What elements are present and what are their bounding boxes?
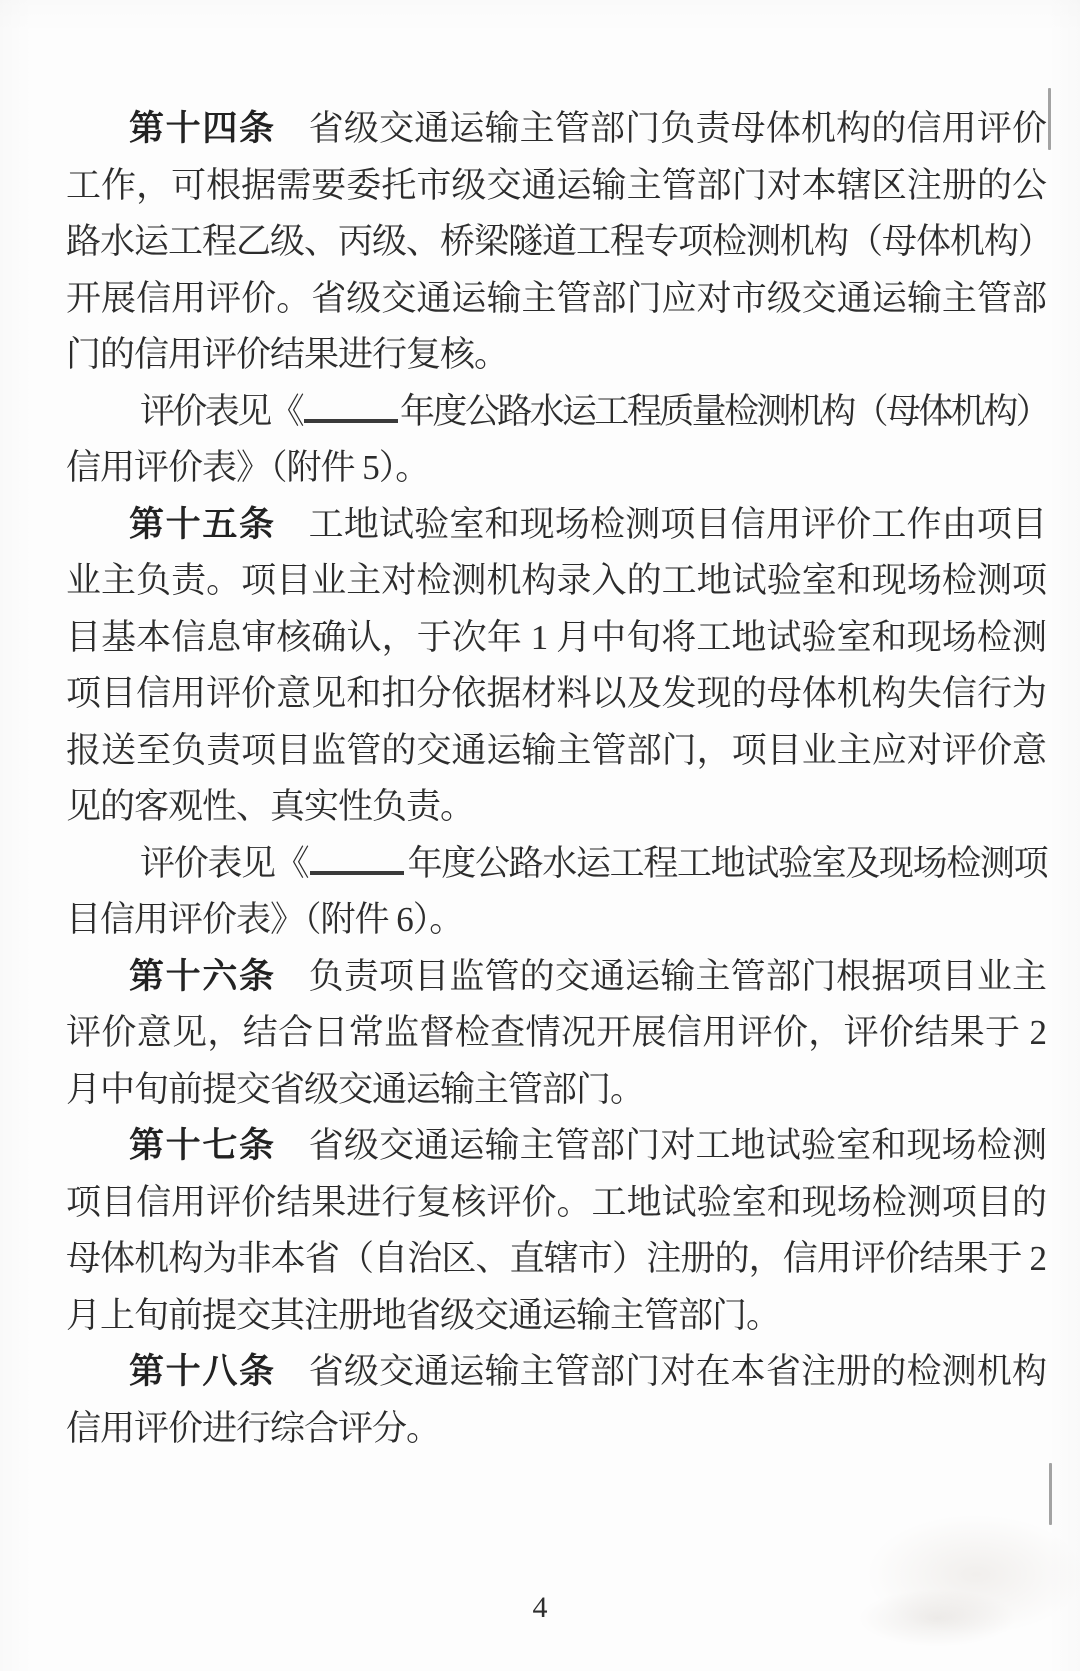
text-run: 月上旬前提交其注册地省级交通运输主管部门。 [66,1296,780,1335]
revision-mark-bottom [1049,1463,1052,1525]
text-line: 母体机构为非本省（自治区、直辖市）注册的，信用评价结果于 2 [66,1231,1046,1288]
page-number: 4 [0,1591,1080,1625]
text-line: 目信用评价表》（附件 6）。 [66,892,1046,949]
article-number: 第十四条 [129,109,276,148]
text-run: 月中旬前提交省级交通运输主管部门。 [66,1070,644,1109]
text-line: 评价表见《年度公路水运工程质量检测机构（母体机构） [66,384,1046,441]
text-line: 目基本信息审核确认，于次年 1 月中旬将工地试验室和现场检测 [66,610,1046,667]
text-line: 第十八条省级交通运输主管部门对在本省注册的检测机构 [66,1344,1046,1401]
article-number: 第十五条 [129,505,276,544]
text-run: 报送至负责项目监管的交通运输主管部门，项目业主应对评价意 [66,731,1046,770]
article-number: 第十七条 [129,1126,276,1165]
text-line: 月上旬前提交其注册地省级交通运输主管部门。 [66,1288,1046,1345]
text-line: 工作，可根据需要委托市级交通运输主管部门对本辖区注册的公 [66,158,1046,215]
text-line: 门的信用评价结果进行复核。 [66,327,1046,384]
text-line: 信用评价进行综合评分。 [66,1401,1046,1458]
revision-mark-top [1048,88,1051,150]
text-line: 评价意见，结合日常监督检查情况开展信用评价，评价结果于 2 [66,1005,1046,1062]
text-line: 第十四条省级交通运输主管部门负责母体机构的信用评价 [66,101,1046,158]
text-run: 项目信用评价意见和扣分依据材料以及发现的母体机构失信行为 [66,674,1046,713]
text-line: 业主负责。项目业主对检测机构录入的工地试验室和现场检测项 [66,553,1046,610]
text-line: 第十五条工地试验室和现场检测项目信用评价工作由项目 [66,497,1046,554]
text-run: 目信用评价表》（附件 6）。 [66,900,463,939]
text-line: 报送至负责项目监管的交通运输主管部门，项目业主应对评价意 [66,723,1046,780]
text-run: 省级交通运输主管部门负责母体机构的信用评价 [309,109,1046,148]
text-run: 工作，可根据需要委托市级交通运输主管部门对本辖区注册的公 [66,166,1046,205]
text-run: 省级交通运输主管部门对在本省注册的检测机构 [309,1352,1046,1391]
text-run: 项目信用评价结果进行复核评价。工地试验室和现场检测项目的 [66,1183,1046,1222]
document-body: 第十四条省级交通运输主管部门负责母体机构的信用评价工作，可根据需要委托市级交通运… [66,101,1046,1457]
text-run: 评价表见《 [140,392,302,431]
text-line: 路水运工程乙级、丙级、桥梁隧道工程专项检测机构（母体机构） [66,214,1046,271]
scan-smudge [820,1470,1080,1660]
text-line: 月中旬前提交省级交通运输主管部门。 [66,1062,1046,1119]
text-line: 见的客观性、真实性负责。 [66,779,1046,836]
text-line: 第十六条负责项目监管的交通运输主管部门根据项目业主 [66,949,1046,1006]
text-run: 见的客观性、真实性负责。 [66,787,474,826]
text-run: 评价表见《 [140,844,308,883]
text-run: 路水运工程乙级、丙级、桥梁隧道工程专项检测机构（母体机构） [66,222,1052,261]
article-number: 第十八条 [129,1352,276,1391]
article-number: 第十六条 [129,957,276,996]
text-run: 工地试验室和现场检测项目信用评价工作由项目 [309,505,1046,544]
text-run: 目基本信息审核确认，于次年 1 月中旬将工地试验室和现场检测 [66,618,1046,657]
text-line: 项目信用评价结果进行复核评价。工地试验室和现场检测项目的 [66,1175,1046,1232]
text-run: 母体机构为非本省（自治区、直辖市）注册的，信用评价结果于 2 [66,1239,1046,1278]
text-line: 评价表见《年度公路水运工程工地试验室及现场检测项 [66,836,1046,893]
text-run: 年度公路水运工程质量检测机构（母体机构） [400,392,1048,431]
text-run: 省级交通运输主管部门对工地试验室和现场检测 [309,1126,1046,1165]
text-run: 门的信用评价结果进行复核。 [66,335,508,374]
text-run: 评价意见，结合日常监督检查情况开展信用评价，评价结果于 2 [66,1013,1046,1052]
text-run: 开展信用评价。省级交通运输主管部门应对市级交通运输主管部 [66,279,1046,318]
text-run: 信用评价进行综合评分。 [66,1409,440,1448]
text-line: 开展信用评价。省级交通运输主管部门应对市级交通运输主管部 [66,271,1046,328]
text-line: 信用评价表》（附件 5）。 [66,440,1046,497]
text-run: 信用评价表》（附件 5）。 [66,448,429,487]
fill-in-blank-underline [310,836,404,875]
fill-in-blank-underline [304,384,398,423]
text-line: 项目信用评价意见和扣分依据材料以及发现的母体机构失信行为 [66,666,1046,723]
text-line: 第十七条省级交通运输主管部门对工地试验室和现场检测 [66,1118,1046,1175]
document-page: 第十四条省级交通运输主管部门负责母体机构的信用评价工作，可根据需要委托市级交通运… [0,0,1080,1671]
text-run: 负责项目监管的交通运输主管部门根据项目业主 [309,957,1046,996]
text-run: 业主负责。项目业主对检测机构录入的工地试验室和现场检测项 [66,561,1046,600]
text-run: 年度公路水运工程工地试验室及现场检测项 [406,844,1046,883]
